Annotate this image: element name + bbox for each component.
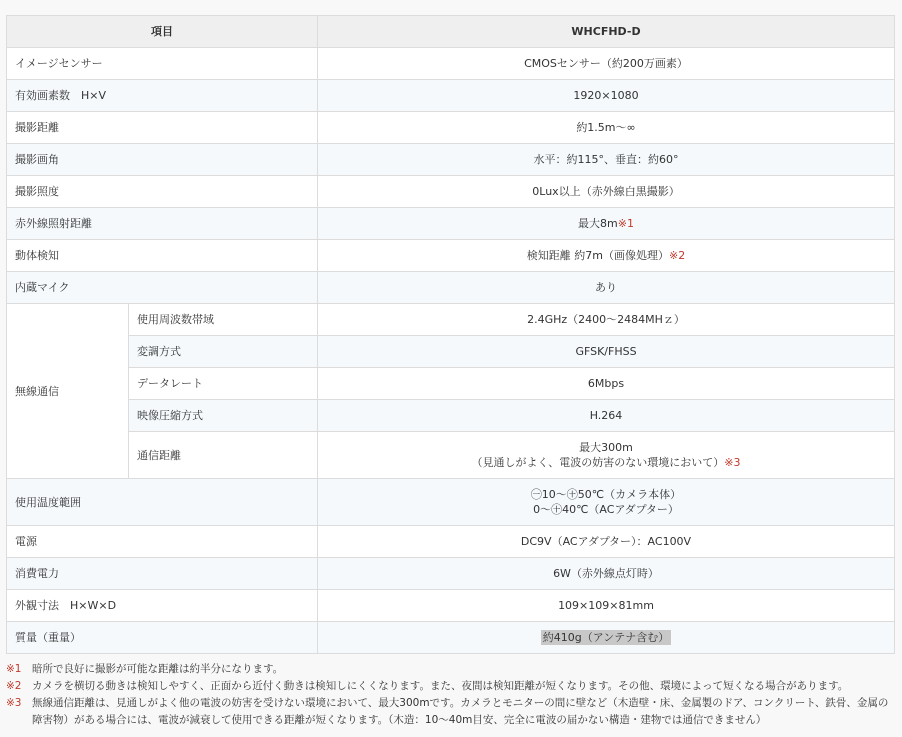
table-row: 撮影照度 0Lux以上（赤外線白黒撮影） xyxy=(7,176,895,208)
row-sublabel: 変調方式 xyxy=(129,336,318,368)
table-header-row: 項目 WHCFHD-D xyxy=(7,16,895,48)
row-value: DC9V（ACアダプター）：AC100V xyxy=(318,526,895,558)
row-value: 最大8m※1 xyxy=(318,208,895,240)
footnote-mark: ※2 xyxy=(6,678,32,695)
table-row-wireless-compression: 映像圧縮方式 H.264 xyxy=(7,400,895,432)
row-label: 外観寸法 H×W×D xyxy=(7,590,318,622)
footnote-text: カメラを横切る動きは検知しやすく、正面から近付く動きは検知しにくくなります。また… xyxy=(32,678,896,695)
footnote-3: ※3 無線通信距離は、見通しがよく他の電波の妨害を受けない環境において、最大30… xyxy=(6,695,896,729)
footnote-ref-2[interactable]: ※2 xyxy=(669,249,685,262)
row-label: 消費電力 xyxy=(7,558,318,590)
selected-weight-text[interactable]: 約410g（アンテナ含む） xyxy=(541,630,672,645)
row-label: 撮影距離 xyxy=(7,112,318,144)
row-label: 質量（重量） xyxy=(7,622,318,654)
row-label: 赤外線照射距離 xyxy=(7,208,318,240)
footnotes: ※1 暗所で良好に撮影が可能な距離は約半分になります。 ※2 カメラを横切る動き… xyxy=(6,661,896,729)
table-row-temperature: 使用温度範囲 ㊀10～㊉50℃（カメラ本体） 0～㊉40℃（ACアダプター） xyxy=(7,479,895,526)
row-value: GFSK/FHSS xyxy=(318,336,895,368)
table-row: 有効画素数 H×V 1920×1080 xyxy=(7,80,895,112)
value-line-1: ㊀10～㊉50℃（カメラ本体） xyxy=(326,487,886,502)
table-row: 内蔵マイク あり xyxy=(7,272,895,304)
table-row: 撮影距離 約1.5m～∞ xyxy=(7,112,895,144)
row-value: 2.4GHz（2400～2484MHｚ） xyxy=(318,304,895,336)
row-sublabel: 使用周波数帯域 xyxy=(129,304,318,336)
row-value: ㊀10～㊉50℃（カメラ本体） 0～㊉40℃（ACアダプター） xyxy=(318,479,895,526)
row-value: 6W（赤外線点灯時） xyxy=(318,558,895,590)
footnote-text: 無線通信距離は、見通しがよく他の電波の妨害を受けない環境において、最大300mで… xyxy=(32,695,896,729)
spec-table: 項目 WHCFHD-D イメージセンサー CMOSセンサー（約200万画素） 有… xyxy=(6,15,895,654)
row-sublabel: 映像圧縮方式 xyxy=(129,400,318,432)
value-line-2: （見通しがよく、電波の妨害のない環境において）※3 xyxy=(326,455,886,470)
row-value: あり xyxy=(318,272,895,304)
row-value: 約410g（アンテナ含む） xyxy=(318,622,895,654)
table-row-wireless-datarate: データレート 6Mbps xyxy=(7,368,895,400)
row-label: イメージセンサー xyxy=(7,48,318,80)
footnote-1: ※1 暗所で良好に撮影が可能な距離は約半分になります。 xyxy=(6,661,896,678)
table-row: 赤外線照射距離 最大8m※1 xyxy=(7,208,895,240)
header-model: WHCFHD-D xyxy=(318,16,895,48)
wireless-group-label: 無線通信 xyxy=(7,304,129,479)
row-label: 使用温度範囲 xyxy=(7,479,318,526)
value-line-1: 最大300m xyxy=(326,440,886,455)
row-value: 検知距離 約7m（画像処理）※2 xyxy=(318,240,895,272)
row-value: 6Mbps xyxy=(318,368,895,400)
footnote-mark: ※3 xyxy=(6,695,32,729)
table-row: 撮影画角 水平：約115°、垂直：約60° xyxy=(7,144,895,176)
row-value: H.264 xyxy=(318,400,895,432)
footnote-mark: ※1 xyxy=(6,661,32,678)
table-row: 動体検知 検知距離 約7m（画像処理）※2 xyxy=(7,240,895,272)
row-label: 電源 xyxy=(7,526,318,558)
row-label: 撮影照度 xyxy=(7,176,318,208)
row-value: 約1.5m～∞ xyxy=(318,112,895,144)
row-value: 109×109×81mm xyxy=(318,590,895,622)
row-value: CMOSセンサー（約200万画素） xyxy=(318,48,895,80)
row-value: 0Lux以上（赤外線白黒撮影） xyxy=(318,176,895,208)
row-label: 内蔵マイク xyxy=(7,272,318,304)
row-label: 有効画素数 H×V xyxy=(7,80,318,112)
spec-table-container: 項目 WHCFHD-D イメージセンサー CMOSセンサー（約200万画素） 有… xyxy=(6,15,894,654)
table-row-wireless-range: 通信距離 最大300m （見通しがよく、電波の妨害のない環境において）※3 xyxy=(7,432,895,479)
row-label: 撮影画角 xyxy=(7,144,318,176)
footnote-ref-3[interactable]: ※3 xyxy=(724,456,740,469)
header-item: 項目 xyxy=(7,16,318,48)
table-row: イメージセンサー CMOSセンサー（約200万画素） xyxy=(7,48,895,80)
table-row: 外観寸法 H×W×D 109×109×81mm xyxy=(7,590,895,622)
table-row: 電源 DC9V（ACアダプター）：AC100V xyxy=(7,526,895,558)
row-value: 水平：約115°、垂直：約60° xyxy=(318,144,895,176)
row-value: 1920×1080 xyxy=(318,80,895,112)
row-sublabel: 通信距離 xyxy=(129,432,318,479)
row-value: 最大300m （見通しがよく、電波の妨害のない環境において）※3 xyxy=(318,432,895,479)
table-row: 消費電力 6W（赤外線点灯時） xyxy=(7,558,895,590)
table-row: 質量（重量） 約410g（アンテナ含む） xyxy=(7,622,895,654)
row-label: 動体検知 xyxy=(7,240,318,272)
footnote-2: ※2 カメラを横切る動きは検知しやすく、正面から近付く動きは検知しにくくなります… xyxy=(6,678,896,695)
footnote-ref-1[interactable]: ※1 xyxy=(618,217,634,230)
table-row-wireless-frequency: 無線通信 使用周波数帯域 2.4GHz（2400～2484MHｚ） xyxy=(7,304,895,336)
row-sublabel: データレート xyxy=(129,368,318,400)
footnote-text: 暗所で良好に撮影が可能な距離は約半分になります。 xyxy=(32,661,896,678)
value-line-2: 0～㊉40℃（ACアダプター） xyxy=(326,502,886,517)
table-row-wireless-modulation: 変調方式 GFSK/FHSS xyxy=(7,336,895,368)
